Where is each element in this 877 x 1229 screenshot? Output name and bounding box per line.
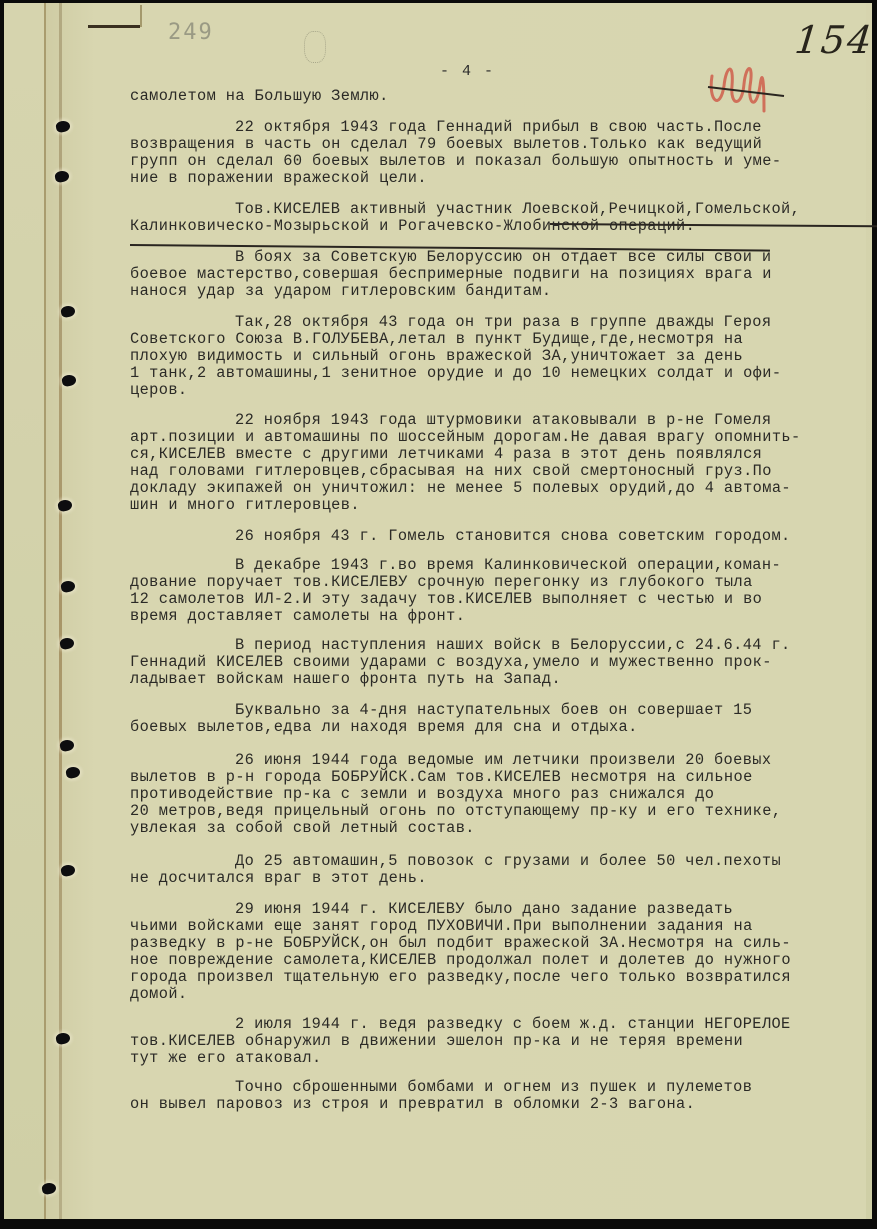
text-line: боевое мастерство,совершая беспримерные … xyxy=(130,266,860,283)
text-line: чьими войсками еще занят город ПУХОВИЧИ.… xyxy=(130,918,860,935)
text-line: 22 октября 1943 года Геннадий прибыл в с… xyxy=(130,119,860,136)
text-line: время доставляет самолеты на фронт. xyxy=(130,608,860,625)
paragraph-p2: 22 октября 1943 года Геннадий прибыл в с… xyxy=(130,119,860,187)
text-line: Калинковическо-Мозырьской и Рогачевско-Ж… xyxy=(130,218,860,235)
text-line: плохую видимость и сильный огонь вражеск… xyxy=(130,348,860,365)
text-line: шин и много гитлеровцев. xyxy=(130,497,860,514)
text-line: Так,28 октября 43 года он три раза в гру… xyxy=(130,314,860,331)
paragraph-gap xyxy=(130,736,860,752)
text-line: В период наступления наших войск в Белор… xyxy=(130,637,860,654)
text-line: увлекая за собой свой летный состав. xyxy=(130,820,860,837)
text-line: групп он сделал 60 боевых вылетов и пока… xyxy=(130,153,860,170)
text-line: В боях за Советскую Белоруссию он отдает… xyxy=(130,249,860,266)
paper-tab xyxy=(88,5,142,27)
paragraph-p4: В боях за Советскую Белоруссию он отдает… xyxy=(130,249,860,300)
text-line: дование поручает тов.КИСЕЛЕВУ срочную пе… xyxy=(130,574,860,591)
paragraph-gap xyxy=(130,887,860,901)
document-body: самолетом на Большую Землю.22 октября 19… xyxy=(130,88,860,1113)
text-line: он вывел паровоз из строя и превратил в … xyxy=(130,1096,860,1113)
paragraph-p12: До 25 автомашин,5 повозок с грузами и бо… xyxy=(130,853,860,887)
text-line: 12 самолетов ИЛ-2.И эту задачу тов.КИСЕЛ… xyxy=(130,591,860,608)
paper-tab-edge xyxy=(88,25,140,28)
paragraph-p3: Тов.КИСЕЛЕВ активный участник Лоевской,Р… xyxy=(130,201,860,235)
paragraph-p8: В декабре 1943 г.во время Калинковическо… xyxy=(130,557,860,625)
text-line: 20 метров,ведя прицельный огонь по отсту… xyxy=(130,803,860,820)
text-line: нанося удар за ударом гитлеровским банди… xyxy=(130,283,860,300)
text-line: 26 июня 1944 года ведомые им летчики про… xyxy=(130,752,860,769)
paragraph-p9: В период наступления наших войск в Белор… xyxy=(130,637,860,688)
text-line: церов. xyxy=(130,382,860,399)
paragraph-p15: Точно сброшенными бомбами и огнем из пуш… xyxy=(130,1079,860,1113)
paragraph-p6: 22 ноября 1943 года штурмовики атаковыва… xyxy=(130,412,860,514)
text-line: 2 июля 1944 г. ведя разведку с боем ж.д.… xyxy=(130,1016,860,1033)
paragraph-p7: 26 ноября 43 г. Гомель становится снова … xyxy=(130,528,860,545)
text-line: 1 танк,2 автомашины,1 зенитное орудие и … xyxy=(130,365,860,382)
text-line: Геннадий КИСЕЛЕВ своими ударами с воздух… xyxy=(130,654,860,671)
text-line: 29 июня 1944 г. КИСЕЛЕВУ было дано задан… xyxy=(130,901,860,918)
text-line: ние в поражении вражеской цели. xyxy=(130,170,860,187)
text-line: боевых вылетов,едва ли находя время для … xyxy=(130,719,860,736)
text-line: До 25 автомашин,5 повозок с грузами и бо… xyxy=(130,853,860,870)
text-line: города произвел тщательную его разведку,… xyxy=(130,969,860,986)
text-line: докладу экипажей он уничтожил: не менее … xyxy=(130,480,860,497)
text-line: самолетом на Большую Землю. xyxy=(130,88,860,105)
archive-number: 249 xyxy=(168,20,214,45)
paragraph-gap xyxy=(130,235,860,249)
text-line: 26 ноября 43 г. Гомель становится снова … xyxy=(130,528,860,545)
faint-stamp-mark xyxy=(304,31,326,63)
paragraph-p13: 29 июня 1944 г. КИСЕЛЕВУ было дано задан… xyxy=(130,901,860,1003)
text-line: В декабре 1943 г.во время Калинковическо… xyxy=(130,557,860,574)
text-line: тов.КИСЕЛЕВ обнаружил в движении эшелон … xyxy=(130,1033,860,1050)
paragraph-p1: самолетом на Большую Землю. xyxy=(130,88,860,105)
page-number: - 4 - xyxy=(440,63,495,80)
text-line: разведку в р-не БОБРУЙСК,он был подбит в… xyxy=(130,935,860,952)
text-line: над головами гитлеровцев,сбрасывая на ни… xyxy=(130,463,860,480)
text-line: Тов.КИСЕЛЕВ активный участник Лоевской,Р… xyxy=(130,201,860,218)
text-line: Точно сброшенными бомбами и огнем из пуш… xyxy=(130,1079,860,1096)
text-line: домой. xyxy=(130,986,860,1003)
folio-number-handwritten: 154 xyxy=(793,18,876,62)
text-line: вылетов в р-н города БОБРУЙСК.Сам тов.КИ… xyxy=(130,769,860,786)
text-line: арт.позиции и автомашины по шоссейным до… xyxy=(130,429,860,446)
text-line: возвращения в часть он сделал 79 боевых … xyxy=(130,136,860,153)
text-line: противодействие пр-ка с земли и воздуха … xyxy=(130,786,860,803)
paragraph-p14: 2 июля 1944 г. ведя разведку с боем ж.д.… xyxy=(130,1016,860,1067)
paragraph-gap xyxy=(130,837,860,853)
text-line: ся,КИСЕЛЕВ вместе с другими летчиками 4 … xyxy=(130,446,860,463)
text-line: не досчитался враг в этот день. xyxy=(130,870,860,887)
paragraph-p5: Так,28 октября 43 года он три раза в гру… xyxy=(130,314,860,399)
paragraph-gap xyxy=(130,105,860,119)
text-line: ладывает войскам нашего фронта путь на З… xyxy=(130,671,860,688)
paragraph-gap xyxy=(130,300,860,314)
text-line: Советского Союза В.ГОЛУБЕВА,летал в пунк… xyxy=(130,331,860,348)
text-line: ное повреждение самолета,КИСЕЛЕВ продолж… xyxy=(130,952,860,969)
text-line: 22 ноября 1943 года штурмовики атаковыва… xyxy=(130,412,860,429)
paragraph-p11: 26 июня 1944 года ведомые им летчики про… xyxy=(130,752,860,837)
paragraph-gap xyxy=(130,187,860,201)
paragraph-p10: Буквально за 4-дня наступательных боев о… xyxy=(130,702,860,736)
text-line: Буквально за 4-дня наступательных боев о… xyxy=(130,702,860,719)
text-line: тут же его атаковал. xyxy=(130,1050,860,1067)
paragraph-gap xyxy=(130,688,860,702)
paragraph-gap xyxy=(130,514,860,528)
